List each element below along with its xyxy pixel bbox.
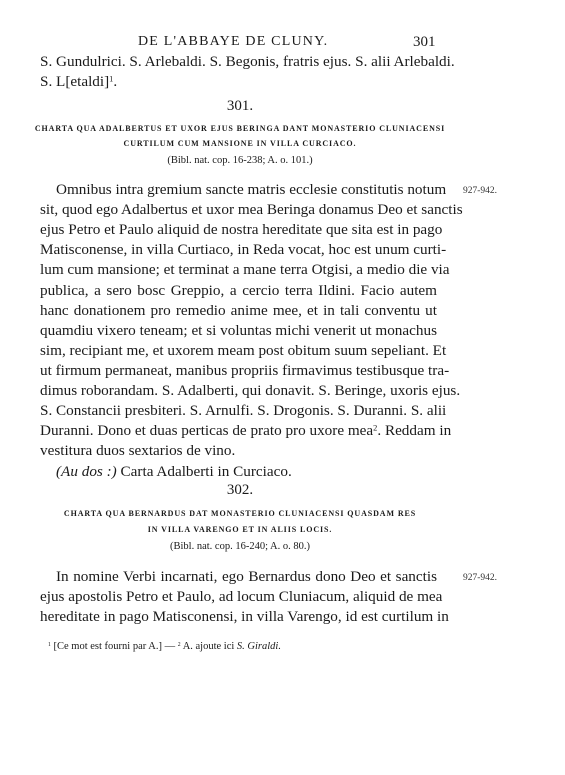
body-line: ut firmum permaneat, manibus propriis fi… [40,361,437,381]
body-text: Duranni. Dono et duas perticas de prato … [40,422,373,439]
charter-302-rubric-line-1: CHARTA QUA BERNARDUS DAT MONASTERIO CLUN… [0,509,480,518]
body-line: Matisconense, in villa Curtiaco, in Reda… [40,240,437,260]
body-line: lum cum mansione; et terminat a mane ter… [40,260,437,280]
body-line: In nomine Verbi incarnati, ego Bernardus… [56,567,437,587]
body-line: vestitura duos sextarios de vino. [40,441,437,461]
body-text: . Reddam in [377,422,451,439]
running-title: DE L'ABBAYE DE CLUNY. [138,34,328,50]
carryover-line-1: S. Gundulrici. S. Arlebaldi. S. Begonis,… [40,52,437,72]
charter-301-margin-date: 927-942. [463,186,497,196]
charter-301-rubric-line-1: CHARTA QUA ADALBERTUS ET UXOR EJUS BERIN… [0,124,480,133]
body-line: sim, recipiant me, et uxorem meam post o… [40,341,437,361]
footnotes: 1 [Ce mot est fourni par A.] — 2 A. ajou… [48,641,281,652]
endorsement: (Au dos :) Carta Adalberti in Curciaco. [56,462,437,482]
carryover-line-2: S. L[etaldi]1. [40,72,437,92]
charter-301-source: (Bibl. nat. cop. 16-238; A. o. 101.) [0,155,480,166]
body-line: quamdiu vixero teneam; et si voluntas mi… [40,321,437,341]
charter-301-rubric-line-2: CURTILUM CUM MANSIONE IN VILLA CURCIACO. [0,139,480,148]
page-number: 301 [413,34,436,51]
charter-301-number: 301. [0,98,480,115]
body-line: ejus apostolis Petro et Paulo, ad locum … [40,587,437,607]
charter-302-margin-date: 927-942. [463,573,497,583]
footnote-2-italic: S. Giraldi. [237,641,281,652]
body-line: ejus Petro et Paulo aliquid de nostra he… [40,220,437,240]
charter-302-number: 302. [0,482,480,499]
charter-302-source: (Bibl. nat. cop. 16-240; A. o. 80.) [0,541,480,552]
carryover-text: S. L[etaldi] [40,73,109,90]
running-head: DE L'ABBAYE DE CLUNY. 301 [0,30,565,50]
body-line: S. Constancii presbiteri. S. Arnulfi. S.… [40,401,437,421]
body-line: publica, a sero bosc Greppio, a cercio t… [40,281,437,301]
body-line: Omnibus intra gremium sancte matris eccl… [56,180,437,200]
body-line: Duranni. Dono et duas perticas de prato … [40,421,437,441]
footnote-1-text: [Ce mot est fourni par A.] — [54,641,176,652]
body-line: dimus roborandam. S. Adalberti, qui dona… [40,381,437,401]
body-line: hereditate in pago Matisconensi, in vill… [40,607,437,627]
footnote-2-mark: 2 [178,642,181,648]
carryover-tail: . [113,73,117,90]
endorsement-label: (Au dos :) [56,463,117,480]
footnote-2-text: A. ajoute ici [183,641,235,652]
body-line: hanc donationem pro remedio anime mee, e… [40,301,437,321]
charter-302-rubric-line-2: IN VILLA VARENGO ET IN ALIIS LOCIS. [0,525,480,534]
endorsement-text: Carta Adalberti in Curciaco. [121,463,292,480]
body-line: sit, quod ego Adalbertus et uxor mea Ber… [40,200,437,220]
footnote-1-mark: 1 [48,642,51,648]
